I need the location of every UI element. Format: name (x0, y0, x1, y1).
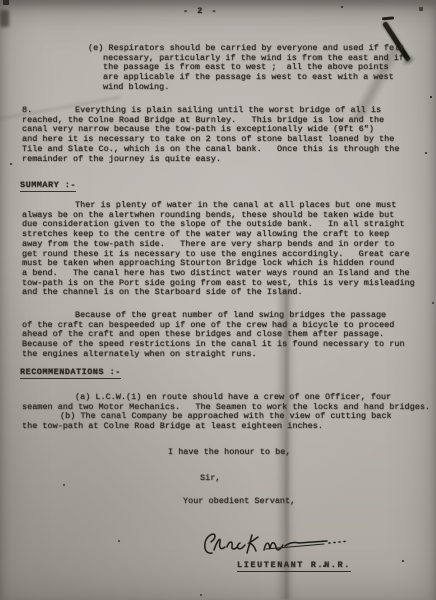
recommendation-b: (b) The canal Company be approached with… (22, 412, 434, 431)
paragraph-8: 8.Everything is plain sailing until the … (22, 106, 427, 164)
signature-rank-wrap: LIEUTENANT R.N.R. (237, 561, 351, 571)
summary-line: the engines alternately when on straight… (22, 350, 427, 360)
summary-line: and the channel is on the Starboard side… (22, 288, 427, 298)
paragraph-e: (e) Respirators should be carried by eve… (88, 44, 418, 93)
valediction-honour: I have the honour to be, (168, 448, 290, 458)
recommendations-heading-wrap: RECOMMENDATIONS :- (20, 368, 121, 378)
summary-heading-wrap: SUMMARY :- (20, 181, 76, 191)
paragraph-8-text: Everything is plain sailing until the wo… (75, 105, 381, 115)
paragraph-e-line: wind blowing. (88, 83, 418, 93)
edge-smudge (0, 10, 9, 27)
recommendations-heading: RECOMMENDATIONS :- (20, 367, 121, 379)
paragraph-8-line: remainder of the journey is quite easy. (22, 155, 427, 165)
scan-speckles (0, 0, 2, 2)
summary-paragraph-2: Because of the great number of land swin… (22, 311, 427, 360)
signature-rank: LIEUTENANT R.N.R. (237, 560, 351, 572)
valediction-sir: Sir, (200, 474, 220, 484)
summary-paragraph-1: Ther is plenty of water in the canal at … (22, 201, 427, 298)
recommendation-line: the tow-path at Colne Road Bridge at lea… (22, 422, 434, 432)
page-number: - 2 - (183, 7, 219, 17)
scanned-document-page: - 2 - (e) Respirators should be carried … (0, 0, 436, 600)
summary-heading: SUMMARY :- (20, 180, 76, 192)
valediction-servant: Your obedient Servant, (183, 497, 295, 507)
recommendation-a: (a) L.C.W.(1) en route should have a cre… (22, 393, 434, 412)
